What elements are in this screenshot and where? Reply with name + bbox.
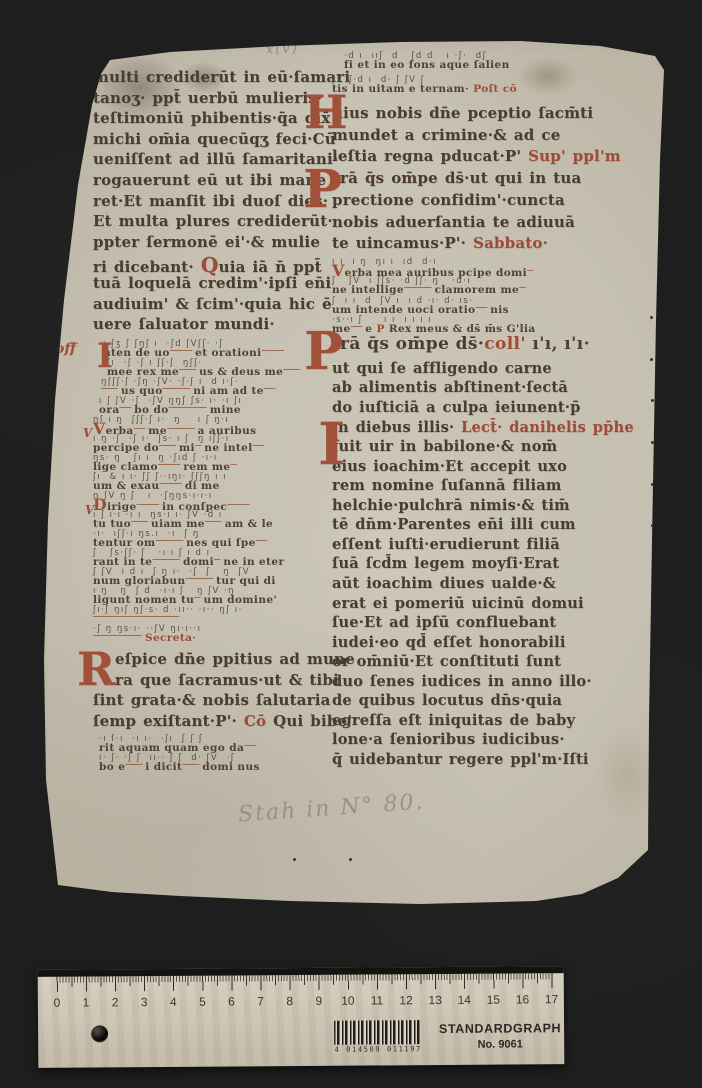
text-line-right: egreſſa eſt iniquitas de baby: [332, 714, 575, 729]
segment-ink: q̄ uidebantur regere ppl'm·Iſti: [332, 751, 589, 768]
pricking-hole: [653, 775, 656, 778]
ruler-number: 17: [545, 992, 558, 1006]
text-line-right: erat ei pomeriū uicinū domui: [332, 597, 584, 612]
rubric-margin-mark: V: [85, 503, 94, 517]
segment-cht: us quo: [117, 385, 163, 397]
barcode: [334, 1020, 420, 1045]
text-line-right: or om̄niū·Et conſtituti ſunt: [332, 655, 561, 670]
ruler-number: 4: [170, 995, 177, 1009]
text-line-left: ri dicebant· Quia iā n̄ ppt̄: [93, 255, 322, 275]
segment-mel: ──: [134, 423, 145, 435]
segment-ink: ſemp exiſtant·P'·: [93, 712, 244, 730]
ruler-number: 13: [428, 993, 441, 1007]
ruler-brand: STANDARDGRAPH: [430, 1021, 570, 1036]
segment-mel: ───: [131, 516, 147, 528]
pricking-hole: [349, 858, 352, 861]
segment-cht: am & le: [221, 518, 273, 530]
segment-cht: mee rex me: [107, 366, 179, 378]
segment-ink: rā q̄s om̄pe ds̄·: [340, 334, 484, 354]
pricking-hole: [652, 608, 655, 611]
ruler-number: 8: [286, 994, 293, 1008]
barcode-digits: 4 014509 011197: [330, 1045, 426, 1054]
text-line-right: ſue·Et ad ipſū confluebant: [332, 616, 556, 631]
pricking-hole: [651, 441, 654, 444]
segment-ink: Et multa plures crediderūt·: [93, 212, 333, 230]
segment-mel: ─: [214, 554, 219, 566]
segment-cht: ı'ı, ı'ı·: [526, 334, 590, 354]
segment-mel: ───: [182, 759, 198, 771]
line-text: uius nobis dn̄e pceptio ſacm̄ti: [332, 106, 593, 121]
decorated-initial: R: [77, 650, 115, 689]
segment-cht: ni am ad te: [189, 385, 264, 397]
segment-mel: ────: [262, 345, 283, 357]
line-text: lige clamo──── rem me─: [93, 462, 236, 472]
segment-ink: rem nomine ſuſannā filiam: [332, 477, 562, 494]
segment-mel: ────: [227, 499, 248, 511]
segment-ink: ueniſſent ad illū ſamaritani·: [93, 150, 338, 168]
line-text: tentur om───── nes qui ſpe──: [93, 538, 266, 548]
segment-cht: lige clamo: [93, 461, 158, 473]
text-line-right: lone·a ſenioribus iudicibus·: [332, 733, 565, 748]
text-line-left: uere ſaluator mundi·: [93, 317, 275, 332]
line-text: rant in te───── domi─ ne in eter: [93, 557, 284, 567]
ruler-number: 9: [315, 994, 322, 1008]
segment-ink: aūt ioachim diues ualde·&: [332, 575, 556, 592]
line-text: erat ei pomeriū uicinū domui: [332, 597, 584, 612]
segment-ink: duo ſenes iudices in anno illo·: [332, 673, 592, 690]
pencil-folio-mark: x(v): [266, 41, 299, 57]
line-text: nobis aduerſantia te adiuuā: [332, 215, 575, 230]
decorated-initial: I: [97, 342, 113, 371]
line-text: ſemp exiſtant·P'· Cō Qui bibe': [93, 714, 352, 729]
line-text: ut qui ſe affligendo carne: [332, 362, 552, 377]
text-line-right: ab alimentis abſtinent·ſectā: [332, 381, 568, 396]
segment-mel: ────: [160, 478, 181, 490]
chant-line-left: ı ŋ ŋ ʃ d ·ı·ı ʃ ŋ ʃV ·ŋligunt nomen tu─…: [93, 587, 277, 605]
text-line-right: helchie·pulchrā nimis·& tim̄: [332, 499, 570, 514]
segment-mel: ─────: [156, 535, 183, 547]
segment-ink: mundet a crimine·& ad ce: [332, 126, 560, 144]
ruler-model: No. 9061: [430, 1038, 570, 1051]
segment-rub: Poſt cō: [469, 83, 517, 95]
segment-ink: ra que ſacramus·ut & tibi: [115, 671, 339, 689]
chant-line-left: ı ʃʒ ʃ ʃŋʃ ı ·ʃd ʃVʃʃ· ·ʃnten de uo──── …: [103, 340, 283, 358]
text-line-left: tanoʒ· ppt̄ uerbū mulieris·: [93, 91, 322, 106]
chant-line-left: ʃı & ı ı· ʃʃ ʃ··ıŋı· ʃʃʃŋ ı ıum & exau──…: [93, 473, 227, 491]
segment-cht: um domine': [200, 594, 277, 606]
chant-line-left: ʃı·ʃ ŋıʃ ŋʃ·s· d ·ıı·· ·ı·· ŋʃ ı·───────…: [93, 606, 243, 624]
segment-mel: ──: [264, 383, 275, 395]
text-line-left: michi om̄ia quecūqʒ feci·Cū: [93, 132, 336, 147]
segment-ink: ppter ſermonē ei'·& mulie: [93, 233, 320, 251]
text-line-left: ra que ſacramus·ut & tibi: [115, 673, 339, 688]
segment-mel: ───: [205, 516, 221, 528]
segment-cht: tentur om: [93, 537, 156, 549]
line-text: teſtimoniū phibentis·q̄a dix̄: [93, 111, 330, 126]
segment-ink: teſtimoniū phibentis·q̄a dix̄: [93, 109, 330, 127]
chant-line-left: ŋʃʃʃ·ʃ ·ʃŋ ·ʃV· ·ʃ·ʃ ı d ı·ʃ·─── us quo─…: [101, 378, 275, 396]
segment-ink: tanoʒ· ppt̄ uerbū mulieris·: [93, 89, 322, 107]
text-line-right: ſuā ſcd̄m legem moyſi·Erat: [332, 557, 559, 572]
chant-line-left: ·ı ſ·ı ·ı ı· ·ʃı ʃ ʃ ʃrit aquam quam ego…: [99, 735, 255, 753]
ruler-number: 15: [487, 993, 500, 1007]
ruler-number: 3: [141, 995, 148, 1009]
line-text: rā q̄s om̄pe ds̄·coll' ı'ı, ı'ı·: [340, 336, 590, 353]
segment-cht: ne intellige: [332, 284, 404, 296]
segment-mel: ─────: [404, 282, 431, 294]
segment-mel: ─: [195, 440, 200, 452]
text-line-right: te uincamus·P'· Sabbato·: [332, 236, 548, 251]
segment-cht: ne in eter: [219, 556, 284, 568]
pricking-hole: [651, 524, 654, 527]
segment-mel: ────: [137, 499, 158, 511]
text-line-right: de quibus locutus dn̄s·quia: [332, 694, 562, 709]
segment-rub: Cō: [244, 712, 273, 730]
line-text: tanoʒ· ppt̄ uerbū mulieris·: [93, 91, 322, 106]
line-text: tē dn̄m·Parentes en̄i illi cum: [332, 518, 576, 533]
line-text: egreſſa eſt iniquitas de baby: [332, 714, 575, 729]
segment-cht: tis in uitam e ternam·: [332, 83, 469, 95]
text-line-right: eius ioachim·Et accepit uxo: [332, 460, 567, 475]
segment-cht: rit aquam quam ego da: [99, 742, 244, 754]
text-line-right: uius nobis dn̄e pceptio ſacm̄ti: [332, 106, 593, 121]
line-text: ra que ſacramus·ut & tibi: [115, 673, 339, 688]
line-text: percipe do─── mi─ ne intel──: [93, 443, 263, 453]
segment-mel: ─────: [163, 383, 190, 395]
segment-rub: Sabbato·: [473, 234, 548, 252]
segment-cht: mine: [206, 404, 241, 416]
line-text: ſint grata·& nobis ſalutaria: [93, 693, 331, 708]
line-text: bo e─── i dicit─── domi nus: [99, 762, 260, 772]
line-text: um & exau──── di me: [93, 481, 227, 491]
segment-cht: et orationi: [191, 347, 261, 359]
segment-ink: ſint grata·& nobis ſalutaria: [93, 691, 331, 709]
segment-ink: ab alimentis abſtinent·ſectā: [332, 379, 568, 396]
segment-cht: tu tuo: [93, 518, 131, 530]
pricking-hole: [293, 858, 296, 861]
line-text: te uincamus·P'· Sabbato·: [332, 236, 548, 251]
line-text: eius ioachim·Et accepit uxo: [332, 460, 567, 475]
segment-mel: ─: [194, 592, 199, 604]
segment-ink: multi crediderūt in eū·ſamari: [93, 68, 350, 86]
line-text: rogauerunt eū ut ibi mane: [93, 173, 326, 188]
ruler-number: 14: [458, 993, 471, 1007]
pricking-hole: [651, 399, 654, 402]
text-line-right: duo ſenes iudices in anno illo·: [332, 675, 592, 690]
ink-blot: [52, 183, 67, 217]
text-line-right: aūt ioachim diues ualde·&: [332, 577, 556, 592]
text-line-right: iudei·eo qd̄ eſſet honorabili: [332, 636, 566, 651]
text-line-right: n diebus illis· Lect̄· danihelis pp̄he: [338, 421, 634, 436]
text-line-left: rogauerunt eū ut ibi mane: [93, 173, 326, 188]
segment-cht: percipe do: [93, 442, 159, 454]
line-text: ſue·Et ad ipſū confluebant: [332, 616, 556, 631]
segment-cht: ora: [99, 404, 120, 416]
segment-rub: Lect̄· danihelis pp̄he: [461, 419, 634, 436]
neume-row: ı ı ı ŋ ŋı ı ıd d·ı: [332, 258, 532, 266]
line-text: lone·a ſenioribus iudicibus·: [332, 733, 565, 748]
segment-ink: te uincamus·P'·: [332, 234, 473, 252]
segment-ink: ſue·Et ad ipſū confluebant: [332, 614, 556, 631]
chant-line-right: ʃ ı ı d ʃV ı ı d ·ı· d· ıs·um intende uo…: [332, 297, 509, 315]
chant-line-right: ·s··ı ʃ ı ı ı ı ı ıme── e P Rex meus & d…: [332, 316, 536, 334]
line-text: nten de uo──── et orationi────: [103, 348, 283, 358]
text-line-left: multi crediderūt in eū·ſamari: [93, 70, 350, 85]
line-text: de quibus locutus dn̄s·quia: [332, 694, 562, 709]
text-line-right: leſtia regna pducat·P' Sup' ppl'm: [332, 149, 621, 164]
segment-ink: or om̄niū·Et conſtituti ſunt: [332, 653, 561, 670]
segment-cht: clamorem me: [431, 284, 520, 296]
segment-mel: ─: [519, 282, 524, 294]
segment-ink: michi om̄ia quecūqʒ feci·Cū: [93, 130, 336, 148]
segment-ink: tuā loquelā credim'·ipſi en̄i: [93, 274, 331, 292]
segment-cht: rant in te: [93, 556, 152, 568]
text-line-right: prectione confidim'·cuncta: [332, 193, 565, 208]
line-text: eſſent iuſti·erudierunt filiā: [332, 538, 560, 553]
chant-line-left: ı ʃ ı·ı ·ı ı ŋs·ı ı· ʃV ·d ıtu tuo─── ui…: [93, 511, 273, 529]
text-line-left: eſpice dn̄e ppitius ad mune: [115, 652, 355, 667]
segment-ink: rogauerunt eū ut ibi mane: [93, 171, 326, 189]
segment-cht: rem me: [179, 461, 230, 473]
line-text: ora── bo do─────── mine: [99, 405, 242, 415]
line-text: rem nomine ſuſannā filiam: [332, 479, 562, 494]
segment-ink: iudei·eo qd̄ eſſet honorabili: [332, 634, 566, 651]
ruler-tick-scale: [38, 973, 564, 992]
line-text: ligunt nomen tu─ um domine': [93, 595, 277, 605]
segment-cht: us & deus me: [195, 366, 283, 378]
segment-ink: leſtia regna pducat·P': [332, 147, 528, 165]
segment-mel: ─: [231, 459, 236, 471]
segment-rub: coll': [484, 334, 526, 354]
segment-ink: de quibus locutus dn̄s·quia: [332, 692, 562, 709]
text-line-left: teſtimoniū phibentis·q̄a dix̄: [93, 111, 330, 126]
text-line-right: nobis aduerſantia te adiuuā: [332, 215, 575, 230]
segment-mel: ──: [351, 321, 362, 333]
segment-cht: tur qui di: [212, 575, 276, 587]
manuscript-page: x(v) multi crediderūt in eū·ſamaritanoʒ·…: [0, 0, 702, 1088]
line-text: or om̄niū·Et conſtituti ſunt: [332, 655, 561, 670]
line-text: duo ſenes iudices in anno illo·: [332, 675, 592, 690]
ruler-number: 0: [54, 996, 61, 1010]
segment-mel: ──: [120, 402, 131, 414]
segment-cht: domi: [179, 556, 214, 568]
segment-ink: uere ſaluator mundi·: [93, 315, 275, 333]
segment-mel: ──: [256, 535, 267, 547]
segment-cht: um intende uoci oratio: [332, 304, 476, 316]
text-line-right: ut qui ſe affligendo carne: [332, 362, 552, 377]
segment-ink: egreſſa eſt iniquitas de baby: [332, 712, 575, 729]
line-text: ri dicebant· Quia iā n̄ ppt̄: [93, 255, 322, 275]
chant-line-left: ʃ ʃV ı d ı ʃ ŋ ı· ·ʃ ʃ ŋ ʃVnum gloriabun…: [93, 568, 276, 586]
line-text: ─── us quo───── ni am ad te──: [101, 386, 275, 396]
pricking-hole: [653, 733, 656, 736]
text-line-left: tuā loquelā credim'·ipſi en̄i: [93, 276, 331, 291]
ruler-number: 11: [371, 993, 384, 1007]
segment-cht: ne intel: [200, 442, 252, 454]
segment-ink: rā q̄s om̄pe ds̄·ut qui in tua: [340, 169, 581, 187]
segment-cht: um & exau: [93, 480, 160, 492]
segment-ink: do iuſticiā a culpa ieiunent·p̄: [332, 399, 581, 416]
segment-ink: prectione confidim'·cuncta: [332, 191, 565, 209]
decorated-initial: H: [304, 93, 347, 132]
segment-mel: ─────: [167, 423, 194, 435]
segment-cht: nten de uo: [103, 347, 170, 359]
neume-row: ŋ ʃV ŋ ʃ ı ·ʃŋŋs·ı·ı·ı: [93, 492, 249, 500]
segment-cht: bo e: [99, 761, 125, 773]
line-text: ppter ſermonē ei'·& mulie: [93, 235, 320, 250]
line-text: eſpice dn̄e ppitius ad mune: [115, 652, 355, 667]
segment-mel: ───: [101, 383, 117, 395]
line-text: michi om̄ia quecūqʒ feci·Cū: [93, 132, 336, 147]
text-line-right: rem nomine ſuſannā filiam: [332, 479, 562, 494]
line-text: num gloriabun───── tur qui di: [93, 576, 276, 586]
line-text: mundet a crimine·& ad ce: [332, 128, 560, 143]
pricking-hole: [652, 566, 655, 569]
segment-ink: nobis aduerſantia te adiuuā: [332, 213, 575, 231]
segment-mel: ─────: [152, 554, 179, 566]
text-line-left: ueniſſent ad illū ſamaritani·: [93, 152, 338, 167]
segment-cht: domi nus: [198, 761, 260, 773]
segment-ink: ſuā ſcd̄m legem moyſi·Erat: [332, 555, 559, 572]
line-text: tu tuo─── uiam me─── am & le: [93, 519, 273, 529]
segment-cht: nes qui ſpe: [182, 537, 256, 549]
segment-mel: ──: [476, 302, 487, 314]
line-text: rā q̄s om̄pe ds̄·ut qui in tua: [340, 171, 581, 186]
pencil-shelf-note: Stah in N° 80.: [237, 790, 425, 828]
segment-ink: eſpice dn̄e ppitius ad mune: [115, 650, 355, 668]
segment-cht: bo do: [130, 404, 168, 416]
segment-ink: ret·Et manſit ibi duoſ dies·: [93, 192, 328, 210]
segment-mel: ────: [170, 345, 191, 357]
pricking-hole: [652, 691, 655, 694]
photo-backdrop: x(v) multi crediderūt in eū·ſamaritanoʒ·…: [0, 0, 702, 1088]
pricking-hole: [650, 358, 653, 361]
segment-ink: helchie·pulchrā nimis·& tim̄: [332, 497, 570, 514]
line-text: um intende uoci oratio── nis: [332, 305, 509, 315]
segment-mel: ───: [159, 440, 175, 452]
text-line-right: tē dn̄m·Parentes en̄i illi cum: [332, 518, 576, 533]
chant-line-left: ı ʃ ʃV ·ʃ ·ʃV ŋŋʃ ʃs· ı· ·ı ʃıora── bo d…: [99, 397, 242, 415]
chant-line-right: ʃ , ʃ·d ı d· ʃ ʃV ʃtis in uitam e ternam…: [332, 76, 517, 94]
chant-line-left: ʃı ·ʃ ·ʃ ı ʃʃ·ʃ ŋʃʃ·mee rex me─── us & d…: [107, 359, 299, 377]
segment-ink: lone·a ſenioribus iudicibus·: [332, 731, 565, 748]
segment-cht: di me: [181, 480, 220, 492]
segment-mel: ────────────────: [93, 611, 178, 623]
ruler-number: 16: [516, 992, 529, 1006]
text-line-right: rā q̄s om̄pe ds̄·ut qui in tua: [340, 171, 581, 186]
text-line-left: ſint grata·& nobis ſalutaria: [93, 693, 331, 708]
chant-line-left: ·ı· ıʃʃ·ı ŋs.ı ·ı ʃ ŋtentur om───── nes …: [93, 530, 266, 548]
text-line-right: mundet a crimine·& ad ce: [332, 128, 560, 143]
segment-ink: erat ei pomeriū uicinū domui: [332, 595, 584, 612]
chant-line-right: ı ı ı ŋ ŋı ı ıd d·ıVerba mea auribus pci…: [332, 258, 532, 278]
chant-line-left: ŋ ʃV ŋ ʃ ı ·ʃŋŋs·ı·ı·ıDirige──── in conſ…: [93, 492, 249, 512]
text-line-left: ſemp exiſtant·P'· Cō Qui bibe': [93, 714, 352, 729]
segment-ink: ut qui ſe affligendo carne: [332, 360, 552, 377]
ruler-hanging-hole: [91, 1025, 108, 1042]
line-text: do iuſticiā a culpa ieiunent·p̄: [332, 401, 581, 416]
ruler-number: 2: [112, 995, 119, 1009]
segment-ink: eius ioachim·Et accepit uxo: [332, 458, 567, 475]
text-line-left: ppter ſermonē ei'·& mulie: [93, 235, 320, 250]
line-text: fuit uir in babilone·& nom̄: [332, 440, 557, 455]
text-line-right: eſſent iuſti·erudierunt filiā: [332, 538, 560, 553]
segment-cht: mi: [175, 442, 195, 454]
segment-ink: uius nobis dn̄e pceptio ſacm̄ti: [332, 104, 593, 122]
line-text: tis in uitam e ternam· Poſt cō: [332, 84, 517, 94]
line-text: fi et in eo fons aque ſalien: [344, 60, 510, 70]
line-text: prectione confidim'·cuncta: [332, 193, 565, 208]
chant-line-left: ʃ ʃs·ʃʃ· ʃ ·ı·ı ʃ ı d ırant in te───── d…: [93, 549, 284, 567]
segment-cht: fi et in eo fons aque ſalien: [344, 59, 510, 71]
line-text: Et multa plures crediderūt·: [93, 214, 333, 229]
segment-mel: ─────────: [93, 630, 141, 642]
segment-cht: nis: [486, 304, 509, 316]
line-text: ab alimentis abſtinent·ſectā: [332, 381, 568, 396]
pricking-hole: [650, 316, 653, 319]
line-text: ueniſſent ad illū ſamaritani·: [93, 152, 338, 167]
line-text: leſtia regna pducat·P' Sup' ppl'm: [332, 149, 621, 164]
pricking-hole: [653, 816, 656, 819]
segment-ink: eſſent iuſti·erudierunt filiā: [332, 536, 560, 553]
line-text: q̄ uidebantur regere ppl'm·Iſti: [332, 753, 589, 768]
chant-line-left: ı· ʃ· ·ʃ ʃ ıı·· ʃ ʃ d· ʃV ·ʃbo e─── i di…: [99, 754, 260, 772]
chant-line-left: ŋs· ŋ ʃı ı ŋ ·ʃıd ʃ ·ı·ılige clamo──── r…: [93, 454, 236, 472]
line-text: iudei·eo qd̄ eſſet honorabili: [332, 636, 566, 651]
decorated-initial: P: [304, 330, 343, 374]
parchment-stain: [515, 55, 581, 97]
segment-rub: Sup' ppl'm: [528, 147, 621, 165]
segment-mel: ────: [158, 459, 179, 471]
line-text: helchie·pulchrā nimis·& tim̄: [332, 499, 570, 514]
ruler-number: 10: [341, 994, 354, 1008]
line-text: ſuā ſcd̄m legem moyſi·Erat: [332, 557, 559, 572]
ruler-number: 12: [399, 993, 412, 1007]
line-text: multi crediderūt in eū·ſamari: [93, 70, 350, 85]
segment-mel: ─────: [186, 573, 213, 585]
text-line-right: q̄ uidebantur regere ppl'm·Iſti: [332, 753, 589, 768]
parchment-stain: [592, 720, 662, 830]
line-text: tuā loquelā credim'·ipſi en̄i: [93, 276, 331, 291]
chant-line-left: ·ʃ ŋ ŋs·ı· ··ʃV ŋı·ı··ı───────── Secreta…: [93, 625, 202, 643]
segment-cht: i dicit: [141, 761, 182, 773]
text-line-right: do iuſticiā a culpa ieiunent·p̄: [332, 401, 581, 416]
line-text: ret·Et manſit ibi duoſ dies·: [93, 194, 328, 209]
line-text: mee rex me─── us & deus me───: [107, 367, 299, 377]
line-text: uere ſaluator mundi·: [93, 317, 275, 332]
ruler-number: 1: [83, 995, 90, 1009]
segment-ink: n diebus illis·: [338, 419, 461, 436]
segment-cht: num gloriabun: [93, 575, 186, 587]
decorated-initial: I: [318, 420, 345, 469]
line-text: rit aquam quam ego da──: [99, 743, 255, 753]
line-text: n diebus illis· Lect̄· danihelis pp̄he: [338, 421, 634, 436]
segment-ink: tē dn̄m·Parentes en̄i illi cum: [332, 516, 576, 533]
line-text: aūt ioachim diues ualde·&: [332, 577, 556, 592]
segment-mel: ───────: [169, 402, 206, 414]
pricking-hole: [651, 483, 654, 486]
ruler-number: 6: [228, 994, 235, 1008]
text-line-right: rā q̄s om̄pe ds̄·coll' ı'ı, ı'ı·: [340, 336, 590, 353]
line-text: ────────────────: [93, 614, 243, 624]
segment-cht: uiam me: [147, 518, 205, 530]
pricking-hole: [653, 858, 656, 861]
text-line-left: audiuim' & ſcim'·quia hic ē: [93, 297, 332, 312]
line-text: me── e P Rex meus & ds̄ m̄s G'lia: [332, 324, 536, 334]
ruler: 01234567891011121314151617 4 014509 0111…: [38, 966, 565, 1068]
segment-mel: ─: [527, 265, 532, 277]
line-text: ne intellige───── clamorem me─: [332, 285, 524, 295]
